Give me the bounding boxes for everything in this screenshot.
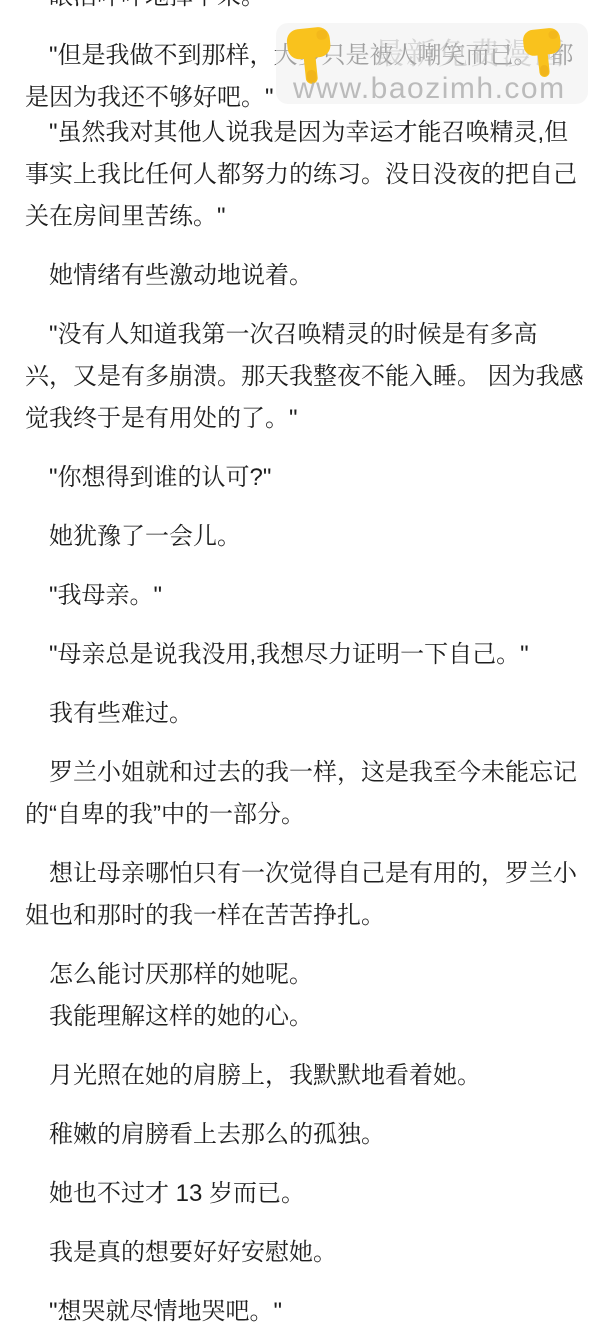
paragraph: 罗兰小姐就和过去的我一样，这是我至今未能忘记的“自卑的我”中的一部分。: [25, 752, 575, 836]
paragraph: 她犹豫了一会儿。: [25, 516, 575, 558]
text-line: 她犹豫了一会儿。: [25, 516, 575, 558]
paragraph: "没有人知道我第一次召唤精灵的时候是有多高兴，又是有多崩溃。那天我整夜不能入睡。…: [25, 314, 575, 440]
paragraph: 眼泪哗哗地掉下来。: [25, 0, 575, 18]
text-line: 事实上我比任何人都努力的练习。没日没夜的把自己: [25, 154, 575, 196]
paragraph: 我是真的想要好好安慰她。: [25, 1232, 575, 1274]
paragraph: 她也不过才 13 岁而已。: [25, 1173, 575, 1215]
text-line: "想哭就尽情地哭吧。": [25, 1291, 575, 1333]
text-line: 怎么能讨厌那样的她呢。: [25, 954, 575, 996]
paragraph: 她情绪有些激动地说着。: [25, 255, 575, 297]
text-line: "没有人知道我第一次召唤精灵的时候是有多高: [25, 314, 575, 356]
text-line: 她情绪有些激动地说着。: [25, 255, 575, 297]
text-line: "你想得到谁的认可?": [25, 457, 575, 499]
text-line: 觉我终于是有用处的了。": [25, 398, 575, 440]
paragraph: 我有些难过。: [25, 693, 575, 735]
paragraph: "我母亲。": [25, 575, 575, 617]
paragraph: 稚嫩的肩膀看上去那么的孤独。: [25, 1114, 575, 1156]
text-line: 关在房间里苦练。": [25, 196, 575, 238]
paragraph: "想哭就尽情地哭吧。": [25, 1291, 575, 1333]
paragraph: 怎么能讨厌那样的她呢。: [25, 954, 575, 996]
text-line: 我是真的想要好好安慰她。: [25, 1232, 575, 1274]
watermark-overlay: 最新免费漫画 www.baozimh.com: [276, 23, 588, 104]
text-line: "虽然我对其他人说我是因为幸运才能召唤精灵,但: [25, 112, 575, 154]
text-line: 她也不过才 13 岁而已。: [25, 1173, 575, 1215]
novel-reader-page: 眼泪哗哗地掉下来。"但是我做不到那样，大多只是被人嘲笑而已。 都是因为我还不够好…: [0, 0, 600, 1338]
text-line: 我有些难过。: [25, 693, 575, 735]
paragraph: 月光照在她的肩膀上，我默默地看着她。: [25, 1055, 575, 1097]
text-line: 我能理解这样的她的心。: [25, 996, 575, 1038]
text-line: 想让母亲哪怕只有一次觉得自己是有用的，罗兰小: [25, 853, 575, 895]
paragraph: "你想得到谁的认可?": [25, 457, 575, 499]
text-line: 眼泪哗哗地掉下来。: [25, 0, 575, 18]
text-line: 罗兰小姐就和过去的我一样，这是我至今未能忘记: [25, 752, 575, 794]
watermark-site-url: www.baozimh.com: [293, 72, 566, 106]
paragraph: 我能理解这样的她的心。: [25, 996, 575, 1038]
paragraph: 想让母亲哪怕只有一次觉得自己是有用的，罗兰小姐也和那时的我一样在苦苦挣扎。: [25, 853, 575, 937]
text-line: 的“自卑的我”中的一部分。: [25, 794, 575, 836]
text-line: 稚嫩的肩膀看上去那么的孤独。: [25, 1114, 575, 1156]
text-line: 兴，又是有多崩溃。那天我整夜不能入睡。 因为我感: [25, 356, 575, 398]
text-line: 姐也和那时的我一样在苦苦挣扎。: [25, 895, 575, 937]
text-line: 月光照在她的肩膀上，我默默地看着她。: [25, 1055, 575, 1097]
text-line: "母亲总是说我没用,我想尽力证明一下自己。": [25, 634, 575, 676]
paragraph: "母亲总是说我没用,我想尽力证明一下自己。": [25, 634, 575, 676]
novel-text-content: 眼泪哗哗地掉下来。"但是我做不到那样，大多只是被人嘲笑而已。 都是因为我还不够好…: [0, 0, 600, 1333]
paragraph: "虽然我对其他人说我是因为幸运才能召唤精灵,但事实上我比任何人都努力的练习。没日…: [25, 112, 575, 238]
text-line: "我母亲。": [25, 575, 575, 617]
